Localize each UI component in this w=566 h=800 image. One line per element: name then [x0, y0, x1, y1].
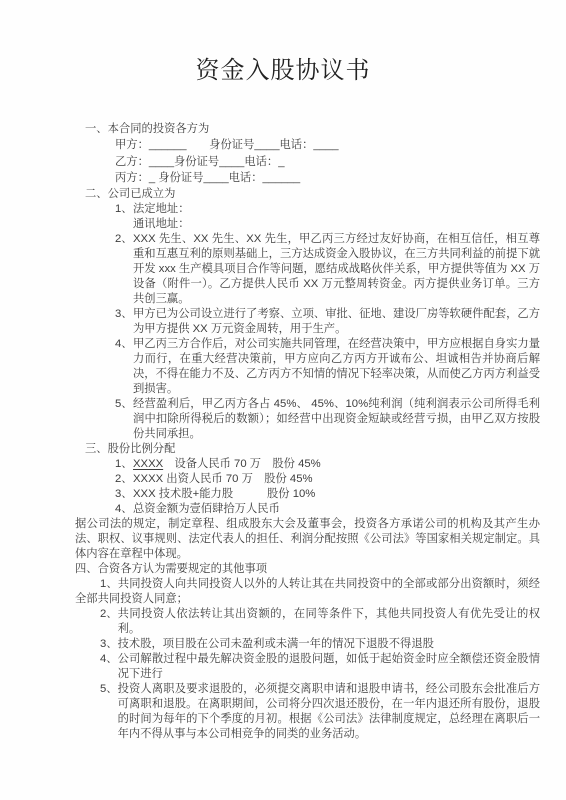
item-text: 甲方已为公司设立进行了考察、立项、审批、征地、建设厂房等软硬件配套，乙方为甲方提…	[133, 307, 540, 337]
item-text: XXX 技术股+能力股 股份 10%	[133, 487, 540, 502]
item-marker: 4、	[115, 337, 133, 397]
company-item-legal-address: 1、 法定地址：	[115, 202, 540, 217]
item-marker: 3、	[115, 487, 133, 502]
item-marker: 3、	[100, 637, 118, 652]
mailing-address-line: 通讯地址：	[133, 217, 540, 232]
section-shares-heading: 三、股份比例分配	[85, 442, 540, 457]
item-marker: 4、	[100, 652, 118, 682]
party-b-line: 乙方：____身份证号____电话：_	[115, 154, 540, 171]
item-marker: 5、	[100, 682, 118, 742]
item-marker: 2、	[115, 232, 133, 307]
item-marker: 3、	[115, 307, 133, 337]
company-item-setup: 3、 甲方已为公司设立进行了考察、立项、审批、征地、建设厂房等软硬件配套，乙方为…	[115, 307, 540, 337]
item-text: 公司解散过程中最先解决资金股的退股问题，如低于起始资金时应全额偿还资金股情况下进…	[118, 652, 540, 682]
party-c-line: 丙方：_ 身份证号____电话：______	[115, 170, 540, 187]
section-investors-heading: 一、本合同的投资各方为	[85, 122, 540, 137]
item-text: 法定地址：	[133, 202, 540, 217]
item-text: XXXX 设备人民币 70 万 股份 45%	[133, 457, 540, 472]
company-item-profit: 5、 经营盈利后，甲乙丙方各占 45%、 45%、10%纯利润（纯利润表示公司所…	[115, 397, 540, 442]
other-item-preemptive-right: 2、 共同投资人依法转让其出资额的，在同等条件下，其他共同投资人有优先受让的权利…	[100, 607, 540, 637]
company-law-paragraph: 据公司法的规定，制定章程、组成股东大会及董事会，投资各方承诺公司的机构及其产生办…	[75, 517, 540, 562]
section-other-heading: 四、合资各方认为需要规定的其他事项	[75, 562, 540, 577]
item-marker: 5、	[115, 397, 133, 442]
shares-item-capital: 2、 XXXX 出资人民币 70 万 股份 45%	[115, 472, 540, 487]
other-item-transfer-consent: 1、共同投资人向共同投资人以外的人转让其在共同投资中的全部或部分出资额时，须经全…	[75, 577, 540, 607]
other-item-dissolution: 4、 公司解散过程中最先解决资金股的退股问题，如低于起始资金时应全额偿还资金股情…	[100, 652, 540, 682]
document-title: 资金入股协议书	[0, 56, 566, 86]
company-item-management: 4、 甲乙丙三方合作后，对公司实施共同管理，在经营决策中，甲方应根据自身实力量力…	[115, 337, 540, 397]
party-a-line: 甲方：______ 身份证号____电话：____	[115, 137, 540, 154]
item-text: 经营盈利后，甲乙丙方各占 45%、 45%、10%纯利润（纯利润表示公司所得毛利…	[133, 397, 540, 442]
item-text: 技术股，项目股在公司未盈利或未满一年的情况下退股不得退股	[118, 637, 540, 652]
item-text: 甲乙丙三方合作后，对公司实施共同管理，在经营决策中，甲方应根据自身实力量力而行，…	[133, 337, 540, 397]
other-item-resignation: 5、 投资人离职及要求退股的，必须提交离职申请和退股申请书，经公司股东会批准后方…	[100, 682, 540, 742]
company-item-partnership: 2、 XXX 先生、XX 先生、XX 先生，甲乙丙三方经过友好协商，在相互信任，…	[115, 232, 540, 307]
item-text: 共同投资人依法转让其出资额的，在同等条件下，其他共同投资人有优先受让的权利。	[118, 607, 540, 637]
other-item-tech-share-limit: 3、 技术股，项目股在公司未盈利或未满一年的情况下退股不得退股	[100, 637, 540, 652]
item-text: 共同投资人向共同投资人以外的人转让其在共同投资中的全部或部分出资额时，须经全部共…	[75, 578, 540, 605]
item-marker: 4、	[115, 502, 133, 517]
document-page: 资金入股协议书 一、本合同的投资各方为 甲方：______ 身份证号____电话…	[0, 0, 566, 800]
item-text: XXXX 出资人民币 70 万 股份 45%	[133, 472, 540, 487]
underlined-blank: XXXX	[133, 458, 163, 470]
item-marker: 1、	[100, 578, 118, 590]
item-marker: 2、	[100, 607, 118, 637]
shares-item-equipment: 1、 XXXX 设备人民币 70 万 股份 45%	[115, 457, 540, 472]
item-marker: 2、	[115, 472, 133, 487]
shares-item-total: 4、 总资金额为壹佰肆拾万人民币	[115, 502, 540, 517]
section-company-heading: 二、公司已成立为	[85, 187, 540, 202]
item-text: 总资金额为壹佰肆拾万人民币	[133, 502, 540, 517]
item-text-rest: 设备人民币 70 万 股份 45%	[163, 458, 321, 470]
item-marker: 1、	[115, 202, 133, 217]
shares-item-technical: 3、 XXX 技术股+能力股 股份 10%	[115, 487, 540, 502]
item-text: 投资人离职及要求退股的，必须提交离职申请和退股申请书，经公司股东会批准后方可离职…	[118, 682, 540, 742]
item-text: XXX 先生、XX 先生、XX 先生，甲乙丙三方经过友好协商，在相互信任，相互尊…	[133, 232, 540, 307]
item-marker: 1、	[115, 457, 133, 472]
